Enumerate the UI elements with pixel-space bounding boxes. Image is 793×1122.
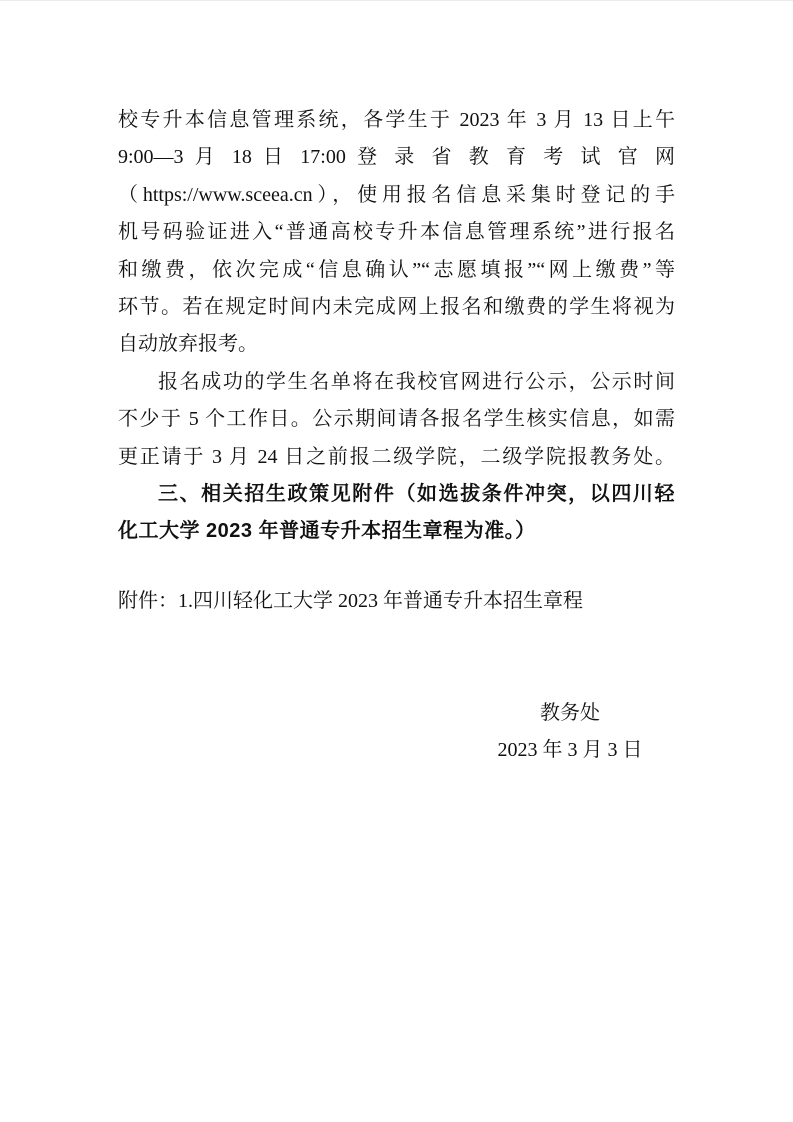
- body-line: 环节。若在规定时间内未完成网上报名和缴费的学生将视为: [118, 289, 675, 326]
- body-text: 校专升本信息管理系统，各学生于 2023 年 3 月 13 日上午 9:00—3…: [118, 102, 675, 551]
- body-line: 自动放弃报考。: [118, 326, 675, 363]
- body-line: 更正请于 3 月 24 日之前报二级学院，二级学院报教务处。: [118, 439, 675, 476]
- body-line: 机号码验证进入“普通高校专升本信息管理系统”进行报名: [118, 214, 675, 251]
- signature-date: 2023 年 3 月 3 日: [440, 732, 700, 769]
- body-line: 和缴费，依次完成“信息确认”“志愿填报”“网上缴费”等: [118, 252, 675, 289]
- section-heading-line: 化工大学 2023 年普通专升本招生章程为准。）: [118, 513, 675, 550]
- body-line: （https://www.sceea.cn），使用报名信息采集时登记的手: [118, 177, 675, 214]
- attachment-line: 附件：1.四川轻化工大学 2023 年普通专升本招生章程: [118, 583, 675, 620]
- body-line: 校专升本信息管理系统，各学生于 2023 年 3 月 13 日上午: [118, 102, 675, 139]
- body-line: 不少于 5 个工作日。公示期间请各报名学生核实信息，如需: [118, 401, 675, 438]
- section-heading-line: 三、相关招生政策见附件（如选拔条件冲突，以四川轻: [118, 476, 675, 513]
- body-line: 报名成功的学生名单将在我校官网进行公示，公示时间: [118, 364, 675, 401]
- signature-department: 教务处: [440, 695, 700, 732]
- signature-block: 教务处 2023 年 3 月 3 日: [440, 695, 700, 770]
- body-line: 9:00—3 月 18 日 17:00 登 录 省 教 育 考 试 官 网: [118, 139, 675, 176]
- document-page: 校专升本信息管理系统，各学生于 2023 年 3 月 13 日上午 9:00—3…: [0, 0, 793, 1122]
